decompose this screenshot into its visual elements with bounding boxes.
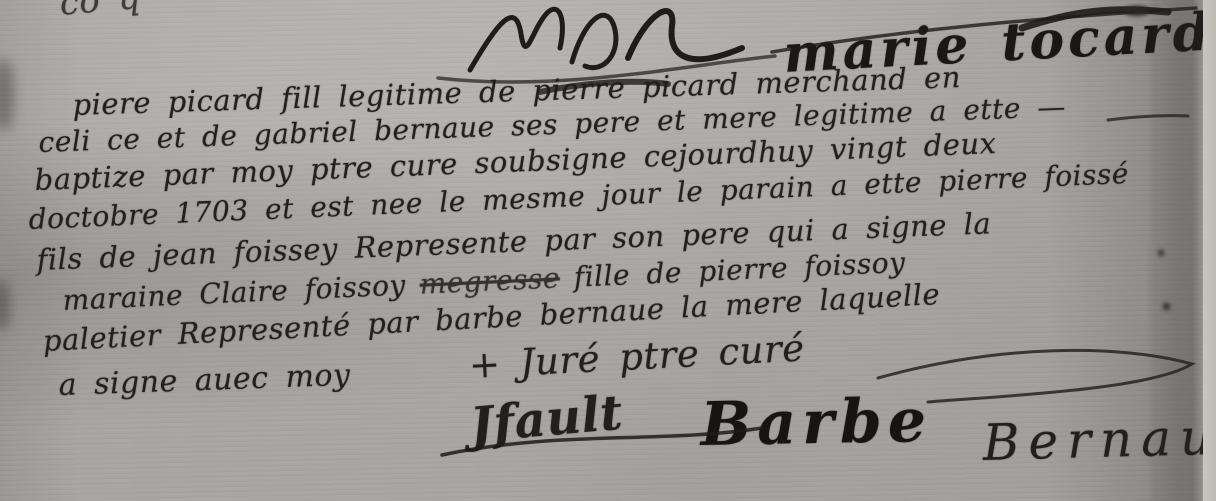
top-scrawl-stroke-1	[470, 9, 562, 70]
entry-line-8: a signe auec moy	[58, 358, 351, 403]
register-scan-page: co q marie tocard piere picard fill legi…	[0, 0, 1216, 501]
mother-signature-first-name: Barbe	[700, 386, 933, 460]
entry-line-6-struck-word: megresse	[419, 261, 561, 300]
page-fold-shadow	[1146, 0, 1206, 501]
cure-signature: + Juré ptre curé	[468, 326, 806, 387]
previous-entry-fragment: co q	[58, 0, 142, 24]
ink-layer: co q marie tocard piere picard fill legi…	[0, 0, 1216, 501]
left-edge-smudge	[0, 60, 14, 130]
top-scrawl-stroke-2	[572, 15, 616, 67]
top-scrawl-stroke-3	[628, 11, 742, 59]
page-edge-margin	[1203, 0, 1216, 501]
witness-signature: Jfault	[468, 385, 625, 454]
